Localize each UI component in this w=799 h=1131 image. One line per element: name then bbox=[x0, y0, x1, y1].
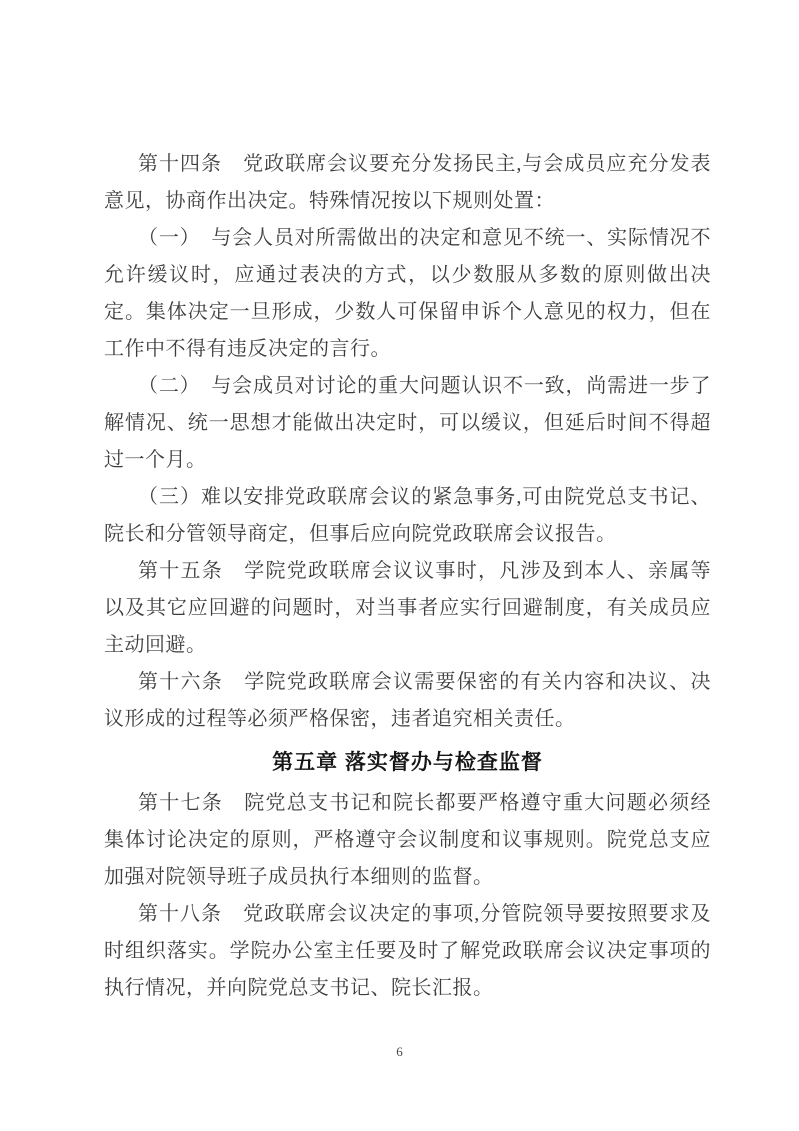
chapter-5-heading: 第五章 落实督办与检查监督 bbox=[104, 744, 711, 781]
paragraph-article-18: 第十八条 党政联席会议决定的事项,分管院领导要按照要求及时组织落实。学院办公室主… bbox=[104, 896, 711, 1007]
document-page: 第十四条 党政联席会议要充分发扬民主,与会成员应充分发表意见，协商作出决定。特殊… bbox=[0, 0, 799, 1131]
page-number: 6 bbox=[0, 1044, 799, 1060]
paragraph-article-15: 第十五条 学院党政联席会议议事时，凡涉及到本人、亲属等以及其它应回避的问题时，对… bbox=[104, 553, 711, 664]
paragraph-article-17: 第十七条 院党总支书记和院长都要严格遵守重大问题必须经集体讨论决定的原则，严格遵… bbox=[104, 785, 711, 896]
paragraph-article-14: 第十四条 党政联席会议要充分发扬民主,与会成员应充分发表意见，协商作出决定。特殊… bbox=[104, 146, 711, 220]
paragraph-item-2: （二） 与会成员对讨论的重大问题认识不一致，尚需进一步了解情况、统一思想才能做出… bbox=[104, 368, 711, 479]
paragraph-item-3: （三）难以安排党政联席会议的紧急事务,可由院党总支书记、院长和分管领导商定，但事… bbox=[104, 479, 711, 553]
paragraph-article-16: 第十六条 学院党政联席会议需要保密的有关内容和决议、决议形成的过程等必须严格保密… bbox=[104, 664, 711, 738]
document-body: 第十四条 党政联席会议要充分发扬民主,与会成员应充分发表意见，协商作出决定。特殊… bbox=[104, 146, 711, 1007]
paragraph-item-1: （一） 与会人员对所需做出的决定和意见不统一、实际情况不允许缓议时，应通过表决的… bbox=[104, 220, 711, 368]
